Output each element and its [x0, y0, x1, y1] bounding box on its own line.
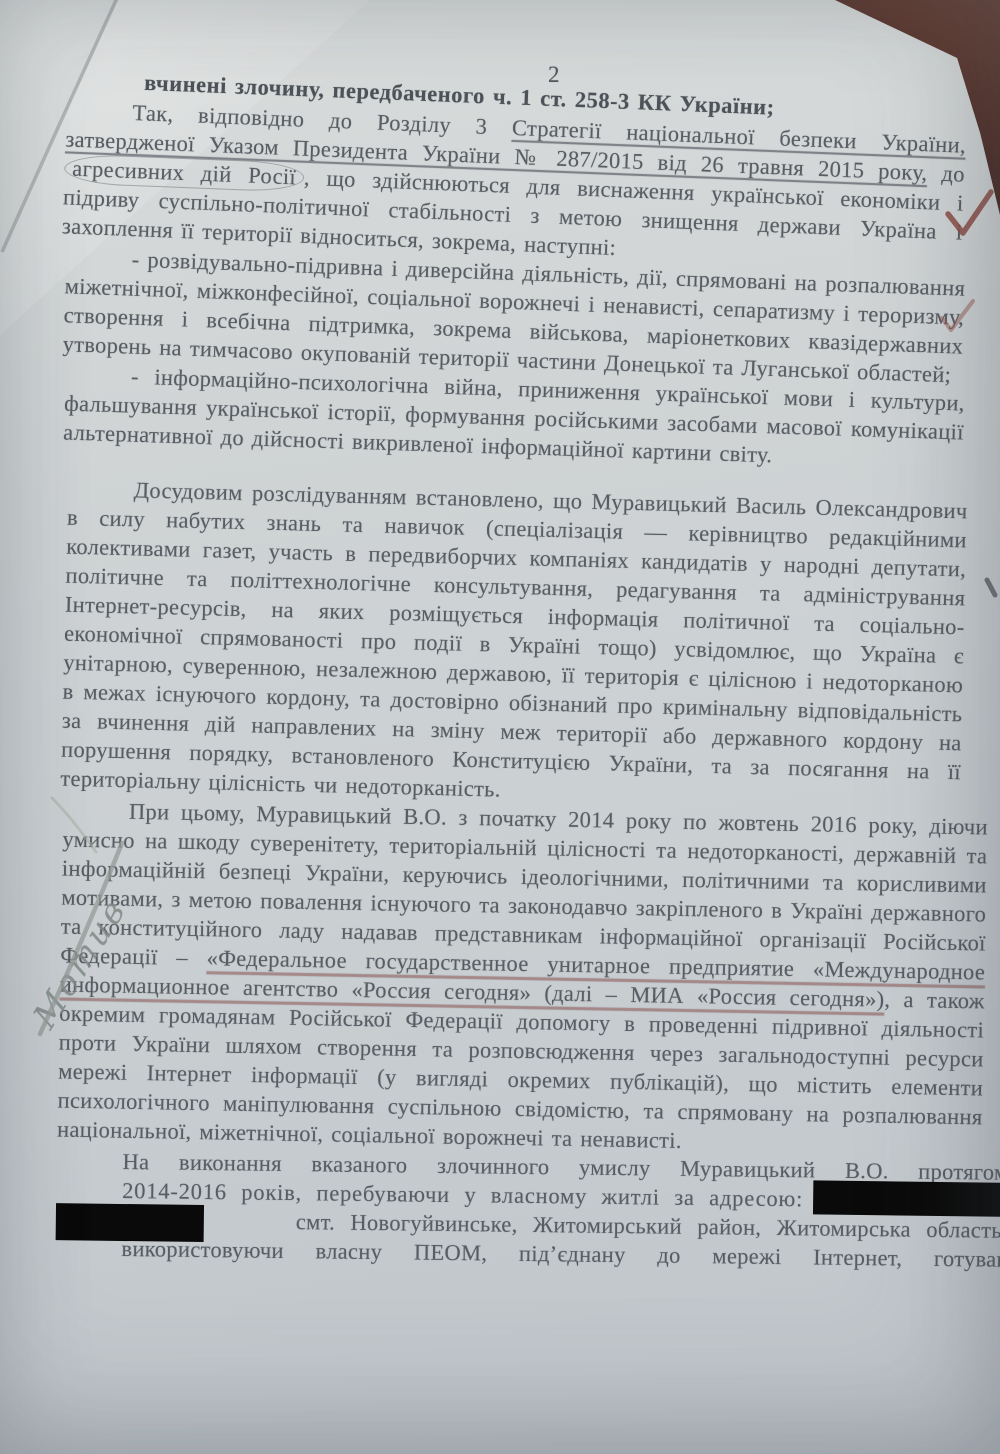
- text-run: При цьому, Муравицький В.О. з початку 20…: [60, 799, 988, 970]
- text-run: до: [927, 160, 965, 186]
- redaction-bar: [813, 1180, 1000, 1217]
- document-photo: { "page": { "number": "2", "header_line"…: [0, 0, 1000, 1454]
- ink-mark: [987, 580, 995, 595]
- paragraph-investigation: Досудовим розслідуванням встановлено, що…: [60, 474, 968, 816]
- paragraph-intent: При цьому, Муравицький В.О. з початку 20…: [57, 796, 988, 1161]
- redaction-bar: [56, 1203, 204, 1242]
- paragraph-execution: На виконання вказаного злочинного умислу…: [55, 1146, 1000, 1274]
- text-run: , а також окремим громадянам Російської …: [57, 987, 985, 1153]
- document-text: вчинені злочину, передбаченого ч. 1 ст. …: [64, 84, 964, 1268]
